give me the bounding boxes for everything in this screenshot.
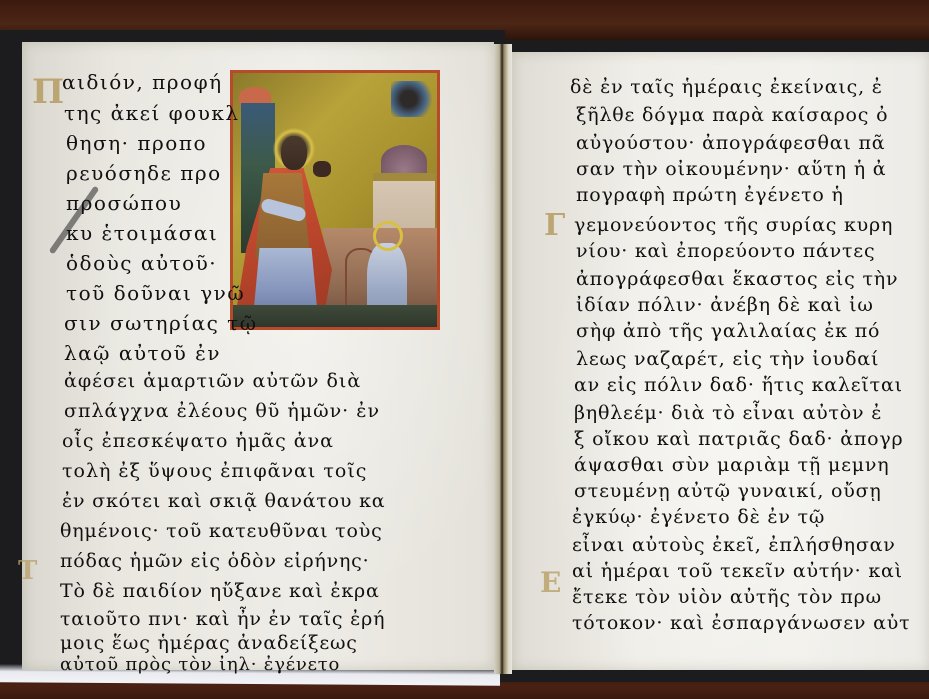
right-line-12: αν εἰς πόλιν δαδ· ἥτις καλεῖται [574, 374, 903, 396]
left-line-9: σιν σωτηρίας τῷ [64, 311, 258, 335]
initial-epsilon: Ε [540, 566, 561, 599]
right-line-21: τότοκον· καὶ ἐσπαργάνωσεν αὐτ [572, 612, 910, 634]
ground [233, 305, 440, 330]
left-line-11: ἀφέσει ἁμαρτιῶν αὐτῶν διὰ [64, 370, 361, 392]
left-line-13: οἷς ἐπεσκέψατο ἡμᾶς ἀνα [62, 430, 334, 452]
prophet-hand [313, 161, 331, 177]
right-line-6: γεμονεύοντος τῆς συρίας κυρη [574, 214, 893, 236]
figure-halo [373, 221, 403, 251]
right-line-9: ἰδίαν πόλιν· ἀνέβη δὲ καὶ ἰω [576, 294, 874, 316]
right-line-10: σὴφ ἀπὸ τῆς γαλιλαίας ἐκ πό [576, 320, 880, 342]
left-line-3: θηση· προπο [66, 131, 207, 155]
initial-tau: Τ [18, 556, 37, 586]
left-line-1: αιδιόν, προφή [62, 70, 223, 94]
right-line-5: πογραφὴ πρώτη ἐγένετο ἡ [576, 184, 844, 206]
left-line-2: της ἀκεί φουκλ [64, 101, 240, 125]
left-line-21: αὐτοῦ πρὸς τὸν ἰηλ· ἐγένετο [60, 654, 340, 675]
left-line-8: τοῦ δοῦναι γνῶ [66, 281, 245, 305]
left-line-7: ὁδοὺς αὐτοῦ· [66, 251, 217, 275]
right-line-15: άψασθαι σὺν μαριὰμ τῇ μεμνη [574, 454, 889, 476]
left-line-6: κυ ἑτοιμάσαι [66, 221, 218, 245]
illuminated-miniature [230, 70, 440, 330]
left-line-16: θημένοις· τοῦ κατευθῦναι τοὺς [60, 520, 383, 542]
right-line-1: δὲ ἐν ταῖς ἡμέραις ἐκείναις, ἐ [570, 76, 883, 98]
initial-gamma: Γ [544, 208, 565, 243]
right-line-19: αἱ ἡμέραι τοῦ τεκεῖν αὐτήν· καὶ [572, 560, 903, 582]
right-line-16: στευμένῃ αὐτῷ γυναικί, οὔσῃ [574, 480, 882, 502]
right-line-17: ἐγκύῳ· ἐγένετο δὲ ἐν τῷ [572, 506, 825, 528]
left-line-4: ρευόσηδε προ [66, 161, 222, 185]
right-line-8: ἀπογράφεσθαι ἕκαστος εἰς τὴν [576, 268, 898, 290]
angel-figure [391, 81, 435, 117]
right-line-11: λεως ναζαρέτ, εἰς τὴν ἰουδαί [576, 348, 879, 370]
right-line-4: σαν τὴν οἰκουμένην· αὕτη ἡ ἀ [576, 158, 886, 180]
right-line-18: εἶναι αὐτοὺς ἐκεῖ, ἐπλήσθησαν [572, 534, 896, 556]
right-line-13: βηθλεέμ· διὰ τὸ εἶναι αὐτὸν ἐ [574, 402, 882, 424]
left-line-17: πόδας ἡμῶν εἰς ὁδὸν εἰρήνης· [60, 550, 369, 572]
left-line-5: προσώπου [66, 191, 182, 215]
prophet-head [281, 136, 307, 170]
right-line-20: ἔτεκε τὸν υἱὸν αὐτῆς τὸν πρω [572, 586, 882, 608]
left-line-19: ταιοῦτο πνι· καὶ ἦν ἐν ταῖς ἐρή [60, 608, 385, 630]
left-line-15: ἐν σκότει καὶ σκιᾷ θανάτου κα [62, 490, 385, 512]
initial-pi: Π [32, 72, 64, 112]
right-line-14: ξ οἴκου καὶ πατριᾶς δαδ· ἀπογρ [574, 428, 904, 450]
book-gutter [494, 44, 512, 674]
left-line-12: σπλάγχνα ἐλέους θῦ ἡμῶν· ἐν [64, 400, 380, 422]
left-line-18: Τὸ δὲ παιδίον ηὔξανε καὶ ἐκρα [60, 580, 380, 602]
left-line-14: τολὴ ἐξ ὕψους ἐπιφᾶναι τοῖς [62, 460, 367, 482]
left-line-10: λαῷ αὐτοῦ ἐν [64, 341, 221, 365]
right-line-2: ξῆλθε δόγμα παρὰ καίσαρος ὀ [576, 104, 888, 126]
right-line-7: νίου· καὶ ἐπορεύοντο πάντες [576, 240, 875, 262]
left-line-20: μοις ἕως ἡμέρας ἀναδείξεως [60, 632, 358, 654]
right-line-3: αὐγούστου· ἀπογράφεσθαι πᾶ [576, 132, 885, 154]
